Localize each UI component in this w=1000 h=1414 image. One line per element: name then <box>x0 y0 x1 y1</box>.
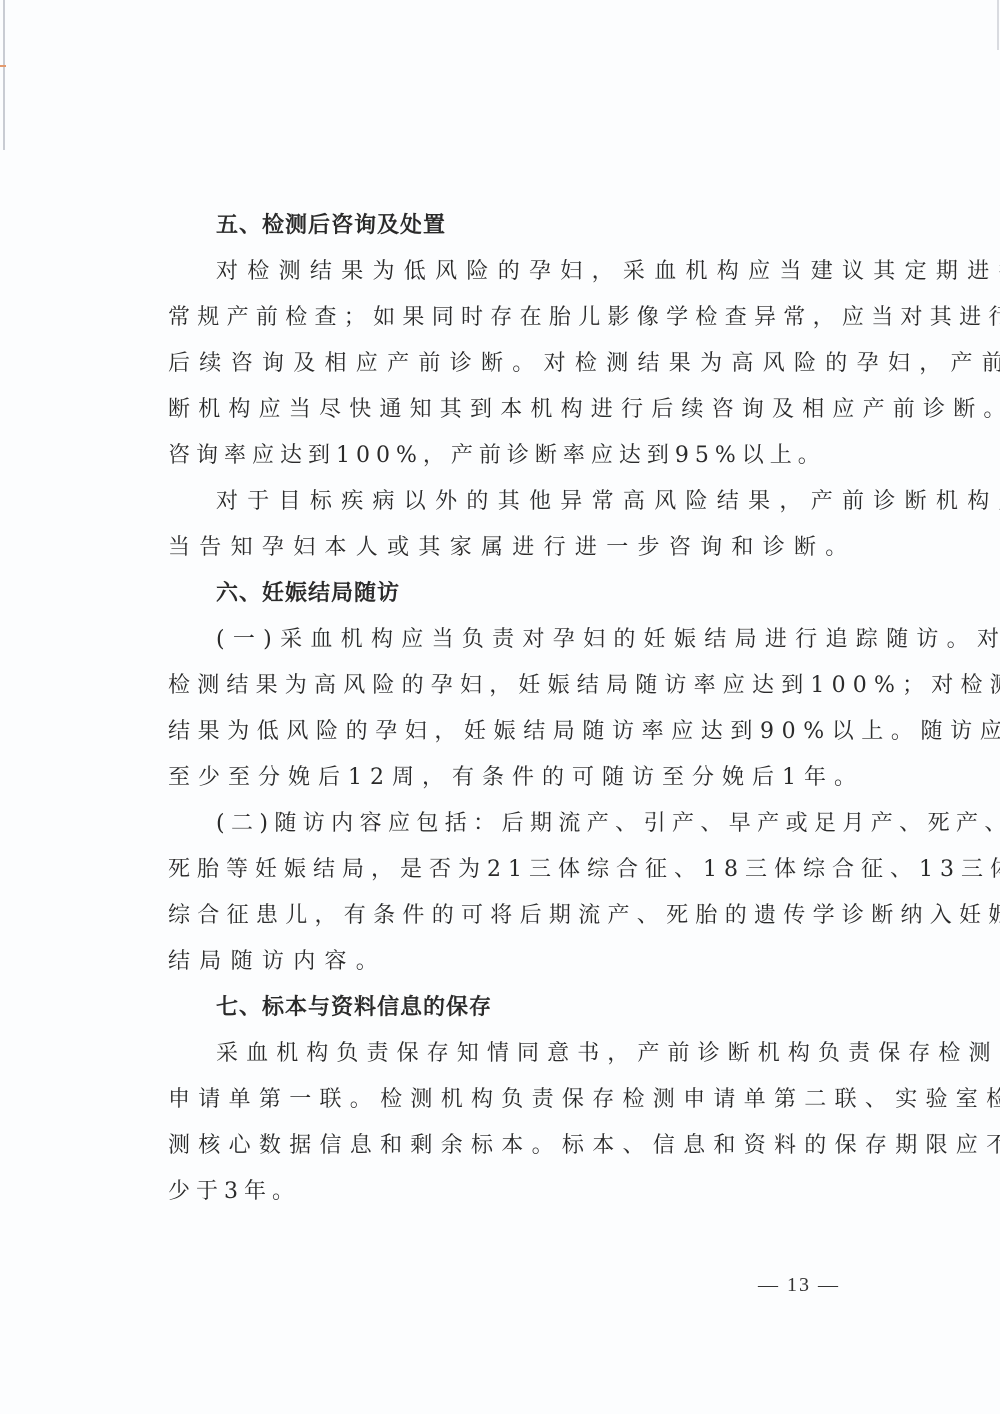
paragraph-line: 常规产前检查；如果同时存在胎儿影像学检查异常，应当对其进行 <box>168 295 880 341</box>
paragraph-line: 至少至分娩后12周，有条件的可随访至分娩后1年。 <box>168 755 880 801</box>
section-heading-5: 五、检测后咨询及处置 <box>168 203 880 249</box>
paragraph-line: (一)采血机构应当负责对孕妇的妊娠结局进行追踪随访。对 <box>168 617 880 663</box>
paragraph-line: 少于3年。 <box>168 1169 880 1215</box>
paragraph-line: 对检测结果为低风险的孕妇，采血机构应当建议其定期进行 <box>168 249 880 295</box>
paragraph-line: 当告知孕妇本人或其家属进行进一步咨询和诊断。 <box>168 525 880 571</box>
section-heading-7: 七、标本与资料信息的保存 <box>168 985 880 1031</box>
paragraph-line: 检测结果为高风险的孕妇，妊娠结局随访率应达到100%；对检测 <box>168 663 880 709</box>
paragraph-line: 结果为低风险的孕妇，妊娠结局随访率应达到90%以上。随访应 <box>168 709 880 755</box>
paragraph-line: 死胎等妊娠结局，是否为21三体综合征、18三体综合征、13三体 <box>168 847 880 893</box>
paragraph-line: 结局随访内容。 <box>168 939 880 985</box>
paragraph-line: 断机构应当尽快通知其到本机构进行后续咨询及相应产前诊断。 <box>168 387 880 433</box>
paragraph-line: 申请单第一联。检测机构负责保存检测申请单第二联、实验室检 <box>168 1077 880 1123</box>
paragraph-line: 采血机构负责保存知情同意书，产前诊断机构负责保存检测 <box>168 1031 880 1077</box>
document-body: 五、检测后咨询及处置 对检测结果为低风险的孕妇，采血机构应当建议其定期进行 常规… <box>168 203 880 1215</box>
document-page: 五、检测后咨询及处置 对检测结果为低风险的孕妇，采血机构应当建议其定期进行 常规… <box>0 0 1000 1414</box>
paragraph-line: 对于目标疾病以外的其他异常高风险结果，产前诊断机构应 <box>168 479 880 525</box>
paragraph-line: 后续咨询及相应产前诊断。对检测结果为高风险的孕妇，产前诊 <box>168 341 880 387</box>
scan-edge-left <box>3 0 5 150</box>
scan-mark <box>0 65 6 67</box>
page-number: — 13 — <box>758 1274 840 1297</box>
paragraph-line: 综合征患儿，有条件的可将后期流产、死胎的遗传学诊断纳入妊娠 <box>168 893 880 939</box>
paragraph-line: (二)随访内容应包括：后期流产、引产、早产或足月产、死产、 <box>168 801 880 847</box>
paragraph-line: 测核心数据信息和剩余标本。标本、信息和资料的保存期限应不 <box>168 1123 880 1169</box>
paragraph-line: 咨询率应达到100%，产前诊断率应达到95%以上。 <box>168 433 880 479</box>
scan-edge-right <box>997 0 999 50</box>
section-heading-6: 六、妊娠结局随访 <box>168 571 880 617</box>
